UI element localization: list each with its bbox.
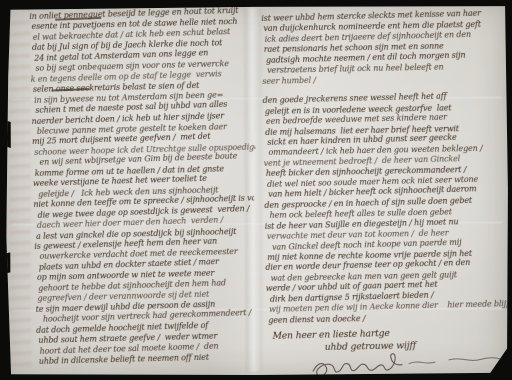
letter-paper-sheet: in onliet penneguet beseijd te legge en …	[0, 0, 512, 380]
letter-page-left: in onliet penneguet beseijd te legge en …	[29, 7, 258, 367]
right-page-paragraph-2: den goede jreckerens snee wessel heeft h…	[263, 92, 511, 326]
signature-scrawl	[307, 346, 508, 380]
signature-path	[313, 354, 402, 377]
paper-edge-nick	[4, 252, 10, 274]
letter-page-right: ist weer uhbd hem stercke sleckts met ke…	[261, 10, 511, 354]
right-page-paragraph-1: ist weer uhbd hem stercke sleckts met ke…	[261, 10, 506, 87]
ink-bleedthrough-margin	[8, 17, 32, 367]
paper-edge-nick	[5, 120, 11, 148]
signature-flourish	[409, 358, 501, 364]
scanned-letter-view: in onliet penneguet beseijd te legge en …	[0, 0, 512, 380]
